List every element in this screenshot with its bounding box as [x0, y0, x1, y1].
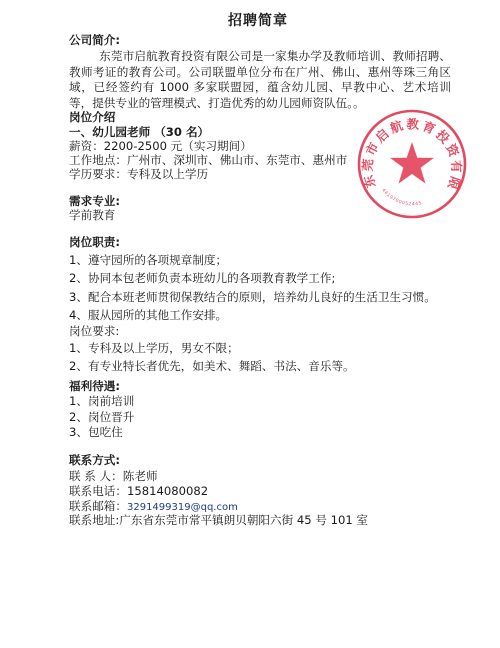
contact-heading: 联系方式: [69, 453, 120, 468]
svg-text:4419700052445: 4419700052445 [380, 187, 422, 207]
contact-address-label: 联系地址: [69, 513, 119, 527]
contact-person: 联 系 人：陈老师 [69, 469, 158, 484]
contact-person-label: 联 系 人： [69, 469, 123, 483]
contact-person-value: 陈老师 [123, 469, 158, 483]
benefit-item: 2、岗位晋升 [69, 410, 134, 425]
seal-graphic: 东 莞 市 启 航 教 育 投 资 有 限 公 司 4419700052445 [356, 108, 468, 220]
major-value: 学前教育 [69, 208, 115, 223]
education-requirement: 学历要求：专科及以上学历 [69, 167, 208, 182]
requirement-item: 1、专科及以上学历，男女不限； [69, 341, 239, 356]
duty-item: 4、服从园所的其他工作安排。 [69, 308, 227, 323]
salary: 薪资：2200-2500 元（实习期间） [69, 139, 252, 154]
contact-phone-value: 15814080082 [127, 484, 208, 498]
contact-phone: 联系电话：15814080082 [69, 484, 208, 499]
seal-number: 4419700052445 [380, 187, 422, 207]
document-title: 招聘简章 [0, 10, 500, 30]
contact-email-link[interactable]: 3291499319@qq.com [127, 502, 238, 513]
work-location: 工作地点：广州市、深圳市、佛山市、东莞市、惠州市 [69, 153, 347, 168]
benefit-item: 3、包吃住 [69, 425, 123, 440]
star-icon [390, 142, 434, 184]
company-seal: 东 莞 市 启 航 教 育 投 资 有 限 公 司 4419700052445 [356, 108, 468, 220]
benefit-item: 1、岗前培训 [69, 394, 134, 409]
duty-item: 3、配合本班老师贯彻保教结合的原则，培养幼儿良好的生活卫生习惯。 [69, 290, 436, 305]
contact-email-label: 联系邮箱： [69, 499, 127, 513]
company-intro-heading: 公司简介: [69, 33, 120, 48]
contact-address: 联系地址:广东省东莞市常平镇朗贝朝阳六街 45 号 101 室 [69, 513, 368, 528]
major-heading: 需求专业: [69, 194, 120, 209]
contact-phone-label: 联系电话： [69, 484, 127, 498]
company-intro-paragraph: 东莞市启航教育投资有限公司是一家集办学及教师培训、教师招聘、教师考证的教育公司。… [69, 49, 451, 111]
contact-address-value: 广东省东莞市常平镇朗贝朝阳六街 45 号 101 室 [119, 513, 368, 527]
benefits-heading: 福利待遇: [69, 379, 120, 394]
requirement-item: 2、有专业特长者优先，如美术、舞蹈、书法、音乐等。 [69, 359, 355, 374]
duty-item: 1、遵守园所的各项规章制度； [69, 253, 227, 268]
position-title: 一、幼儿园老师 （30 名） [69, 125, 209, 140]
requirements-heading: 岗位要求: [69, 324, 119, 339]
duty-item: 2、协同本包老师负责本班幼儿的各项教育教学工作; [69, 271, 335, 286]
recruitment-document: 招聘简章 公司简介: 东莞市启航教育投资有限公司是一家集办学及教师培训、教师招聘… [0, 0, 500, 648]
position-intro-heading: 岗位介绍 [69, 110, 115, 125]
duties-heading: 岗位职责: [69, 235, 120, 250]
